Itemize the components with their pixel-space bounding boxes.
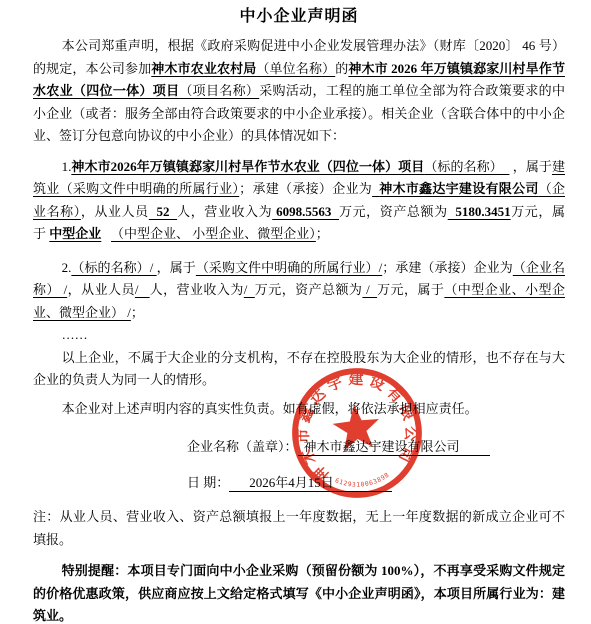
text-segment: 神木市鑫达宇建设有限公司: [379, 181, 539, 196]
text-segment: （标的名称）/: [71, 260, 156, 275]
ellipsis-line: ……: [33, 324, 565, 347]
text-segment: ，从业人员: [81, 204, 149, 219]
text-segment: （标的名称）: [424, 159, 509, 174]
text-segment: /: [135, 282, 150, 297]
date-label: 日 期：: [187, 475, 229, 490]
text-segment: （项目名称）: [179, 83, 259, 98]
text-segment: 万元，属于: [377, 282, 444, 297]
text-segment: ，从业人员: [67, 282, 135, 297]
intro-paragraph: 本公司郑重声明，根据《政府采购促进中小企业发展管理办法》（财库〔2020〕 46…: [33, 35, 565, 148]
text-segment: 万元，资产总额为: [339, 204, 448, 219]
text-segment: [101, 226, 111, 241]
text-segment: 5180.3451: [448, 204, 511, 219]
text-segment: /: [362, 282, 377, 297]
text-segment: ，属于: [157, 260, 196, 275]
text-segment: 的: [335, 61, 348, 76]
text-segment: （采购文件中明确的所属行业）/: [196, 260, 382, 275]
text-segment: ；: [131, 305, 144, 320]
document-title: 中小企业声明函: [33, 5, 565, 29]
text-segment: ；承建（承接）企业为: [382, 260, 513, 275]
text-segment: 52: [149, 204, 177, 219]
text-segment: 人，营业收入为: [177, 204, 272, 219]
text-segment: ，属于: [509, 159, 552, 174]
declaration-document: 中小企业声明函 本公司郑重声明，根据《政府采购促进中小企业发展管理办法》（财库〔…: [0, 0, 591, 624]
text-segment: ；承建（承接）企业为: [239, 181, 372, 196]
text-segment: 6098.5563: [272, 204, 339, 219]
date-row: 日 期：2026年4月15日: [187, 472, 565, 495]
truth-statement: 本企业对上述声明内容的真实性负责。如有虚假，将依法承担相应责任。: [33, 398, 565, 421]
branch-statement: 以上企业，不属于大企业的分支机构，不存在控股股东为大企业的情形，也不存在与大企业…: [33, 347, 565, 392]
text-segment: 1.: [62, 159, 72, 174]
text-segment: 万元，资产总额为: [255, 282, 363, 297]
text-segment: （单位名称）: [256, 61, 335, 76]
text-segment: /: [244, 282, 255, 297]
text-segment: ；: [316, 226, 329, 241]
company-name-value: 神木市鑫达宇建设有限公司: [298, 439, 490, 456]
text-segment: 中型企业: [49, 226, 101, 241]
company-name-row: 企业名称（盖章）：神木市鑫达宇建设有限公司: [187, 436, 565, 459]
text-segment: 神木市2026年万镇镇郄家川村旱作节水农业（四位一体）项目: [71, 159, 424, 174]
text-segment: 神木市农业农村局: [151, 61, 256, 76]
text-segment: 2.: [62, 260, 72, 275]
text-segment: 人，营业收入为: [150, 282, 244, 297]
text-segment: （中型企业、 小型企业、微型企业）: [111, 226, 316, 241]
note-paragraph: 注：从业人员、营业收入、资产总额填报上一年度数据，无上一年度数据的新成立企业可不…: [33, 506, 565, 551]
company-name-label: 企业名称（盖章）：: [187, 439, 298, 454]
item-1-paragraph: 1.神木市2026年万镇镇郄家川村旱作节水农业（四位一体）项目（标的名称） ，属…: [33, 156, 565, 246]
item-2-paragraph: 2.（标的名称）/ ，属于（采购文件中明确的所属行业）/；承建（承接）企业为（企…: [33, 257, 565, 325]
special-reminder: 特别提醒：本项目专门面向中小企业采购（预留份额为 100%），不再享受采购文件规…: [33, 560, 565, 624]
date-value: 2026年4月15日: [229, 475, 392, 492]
